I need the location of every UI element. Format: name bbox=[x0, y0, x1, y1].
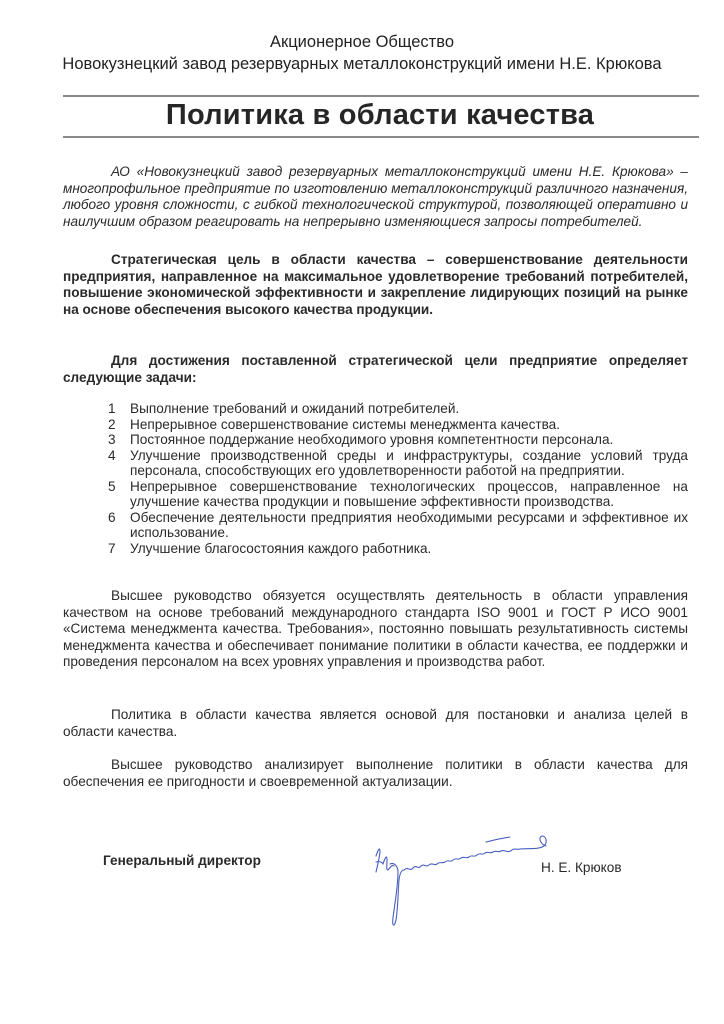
list-item-number: 3 bbox=[108, 432, 116, 447]
intro-paragraph: АО «Новокузнецкий завод резервуарных мет… bbox=[63, 164, 688, 230]
basis-paragraph: Политика в области качества является осн… bbox=[63, 707, 688, 740]
list-item-text: Обеспечение деятельности предприятия нео… bbox=[130, 510, 688, 540]
page-title: Политика в области качества bbox=[0, 99, 724, 132]
list-item-number: 1 bbox=[108, 401, 116, 416]
strategic-goal-paragraph: Стратегическая цель в области качества –… bbox=[63, 252, 688, 318]
tasks-list: 1Выполнение требований и ожиданий потреб… bbox=[106, 401, 688, 557]
list-item-number: 7 bbox=[108, 541, 116, 556]
list-item: 3Постоянное поддержание необходимого уро… bbox=[106, 432, 688, 447]
list-item-number: 6 bbox=[108, 510, 116, 525]
list-item: 6Обеспечение деятельности предприятия не… bbox=[106, 510, 688, 540]
list-item-text: Улучшение производственной среды и инфра… bbox=[130, 448, 688, 478]
handwritten-signature bbox=[368, 828, 568, 938]
tasks-intro-paragraph: Для достижения поставленной стратегическ… bbox=[63, 353, 688, 386]
org-name: Новокузнецкий завод резервуарных металло… bbox=[0, 55, 724, 74]
review-paragraph: Высшее руководство анализирует выполнени… bbox=[63, 757, 688, 790]
list-item: 1Выполнение требований и ожиданий потреб… bbox=[106, 401, 688, 416]
list-item-number: 2 bbox=[108, 417, 116, 432]
list-item: 7Улучшение благосостояния каждого работн… bbox=[106, 541, 688, 556]
list-item-text: Непрерывное совершенствование системы ме… bbox=[130, 417, 560, 432]
list-item-text: Улучшение благосостояния каждого работни… bbox=[130, 541, 431, 556]
top-rule bbox=[63, 95, 699, 97]
bottom-rule bbox=[63, 136, 699, 138]
list-item-text: Непрерывное совершенствование технологич… bbox=[130, 479, 688, 509]
org-type: Акционерное Общество bbox=[0, 33, 724, 52]
list-item-text: Постоянное поддержание необходимого уров… bbox=[130, 432, 613, 447]
list-item-number: 5 bbox=[108, 479, 116, 494]
list-item: 2Непрерывное совершенствование системы м… bbox=[106, 417, 688, 432]
list-item: 4Улучшение производственной среды и инфр… bbox=[106, 448, 688, 478]
signatory-name: Н. Е. Крюков bbox=[541, 860, 622, 875]
list-item-number: 4 bbox=[108, 448, 116, 463]
list-item: 5Непрерывное совершенствование технологи… bbox=[106, 479, 688, 509]
signatory-position: Генеральный директор bbox=[103, 853, 261, 868]
commitment-paragraph: Высшее руководство обязуется осуществлят… bbox=[63, 588, 688, 671]
list-item-text: Выполнение требований и ожиданий потреби… bbox=[130, 401, 459, 416]
